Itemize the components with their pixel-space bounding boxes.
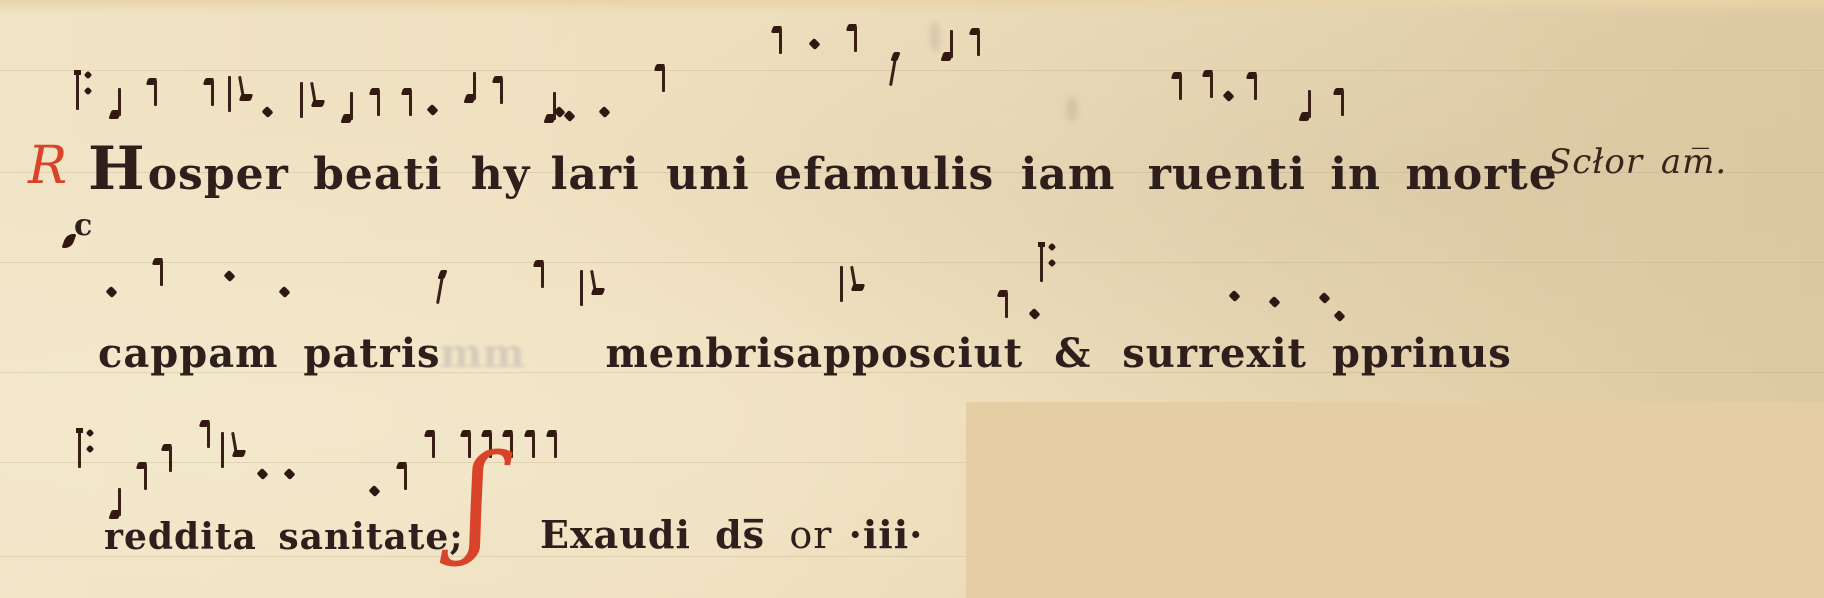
rubric-initial-r: R	[28, 136, 67, 196]
word: iam	[1021, 149, 1116, 200]
word: pprinus	[1332, 330, 1512, 377]
word: famulis	[803, 149, 994, 200]
word: ds̅	[715, 512, 765, 557]
cue-word: Scłor	[1548, 142, 1643, 182]
initial-h: H	[88, 134, 146, 204]
word: &	[1054, 330, 1091, 377]
text-line-3-continuation: Exaudi ds̅ or ·iii·	[540, 512, 923, 557]
cue-text: Scłor am̅.	[1548, 142, 1727, 182]
word: patris	[303, 330, 440, 377]
text-line-2: cappam patris menbrisapposciut & surrexi…	[98, 330, 1512, 377]
word: or	[789, 513, 832, 557]
stain	[930, 22, 940, 52]
text-line-1: Hosper beati hy lari uni efamulis iam ru…	[88, 134, 1558, 204]
text-line-3: reddita sanitate;	[104, 516, 464, 558]
stain	[1066, 96, 1078, 122]
top-edge-band	[0, 0, 1824, 14]
word: in	[1330, 149, 1381, 200]
margin-custos: c	[74, 208, 93, 243]
word: sanitate;	[278, 516, 463, 558]
word: hy	[471, 149, 531, 200]
word: morte	[1405, 149, 1557, 200]
cue-tail: am̅.	[1661, 142, 1727, 182]
word: reddita	[104, 516, 257, 558]
word: lari	[551, 149, 640, 200]
word: ruenti	[1148, 149, 1306, 200]
word: e	[774, 149, 803, 200]
blank-mask-region	[966, 402, 1824, 598]
ruling-line	[0, 70, 1824, 71]
word: uni	[666, 149, 750, 200]
word: Exaudi	[540, 512, 691, 557]
ruling-line	[0, 262, 1824, 263]
word: menbris	[605, 330, 796, 377]
word: cappam	[98, 330, 278, 377]
word: surrexit	[1122, 330, 1307, 377]
rubric-paragraph-mark: ʃ	[462, 440, 495, 560]
word: ·iii·	[849, 512, 924, 557]
word: osper	[148, 149, 289, 200]
word: beati	[313, 149, 442, 200]
word: apposciut	[796, 330, 1023, 377]
